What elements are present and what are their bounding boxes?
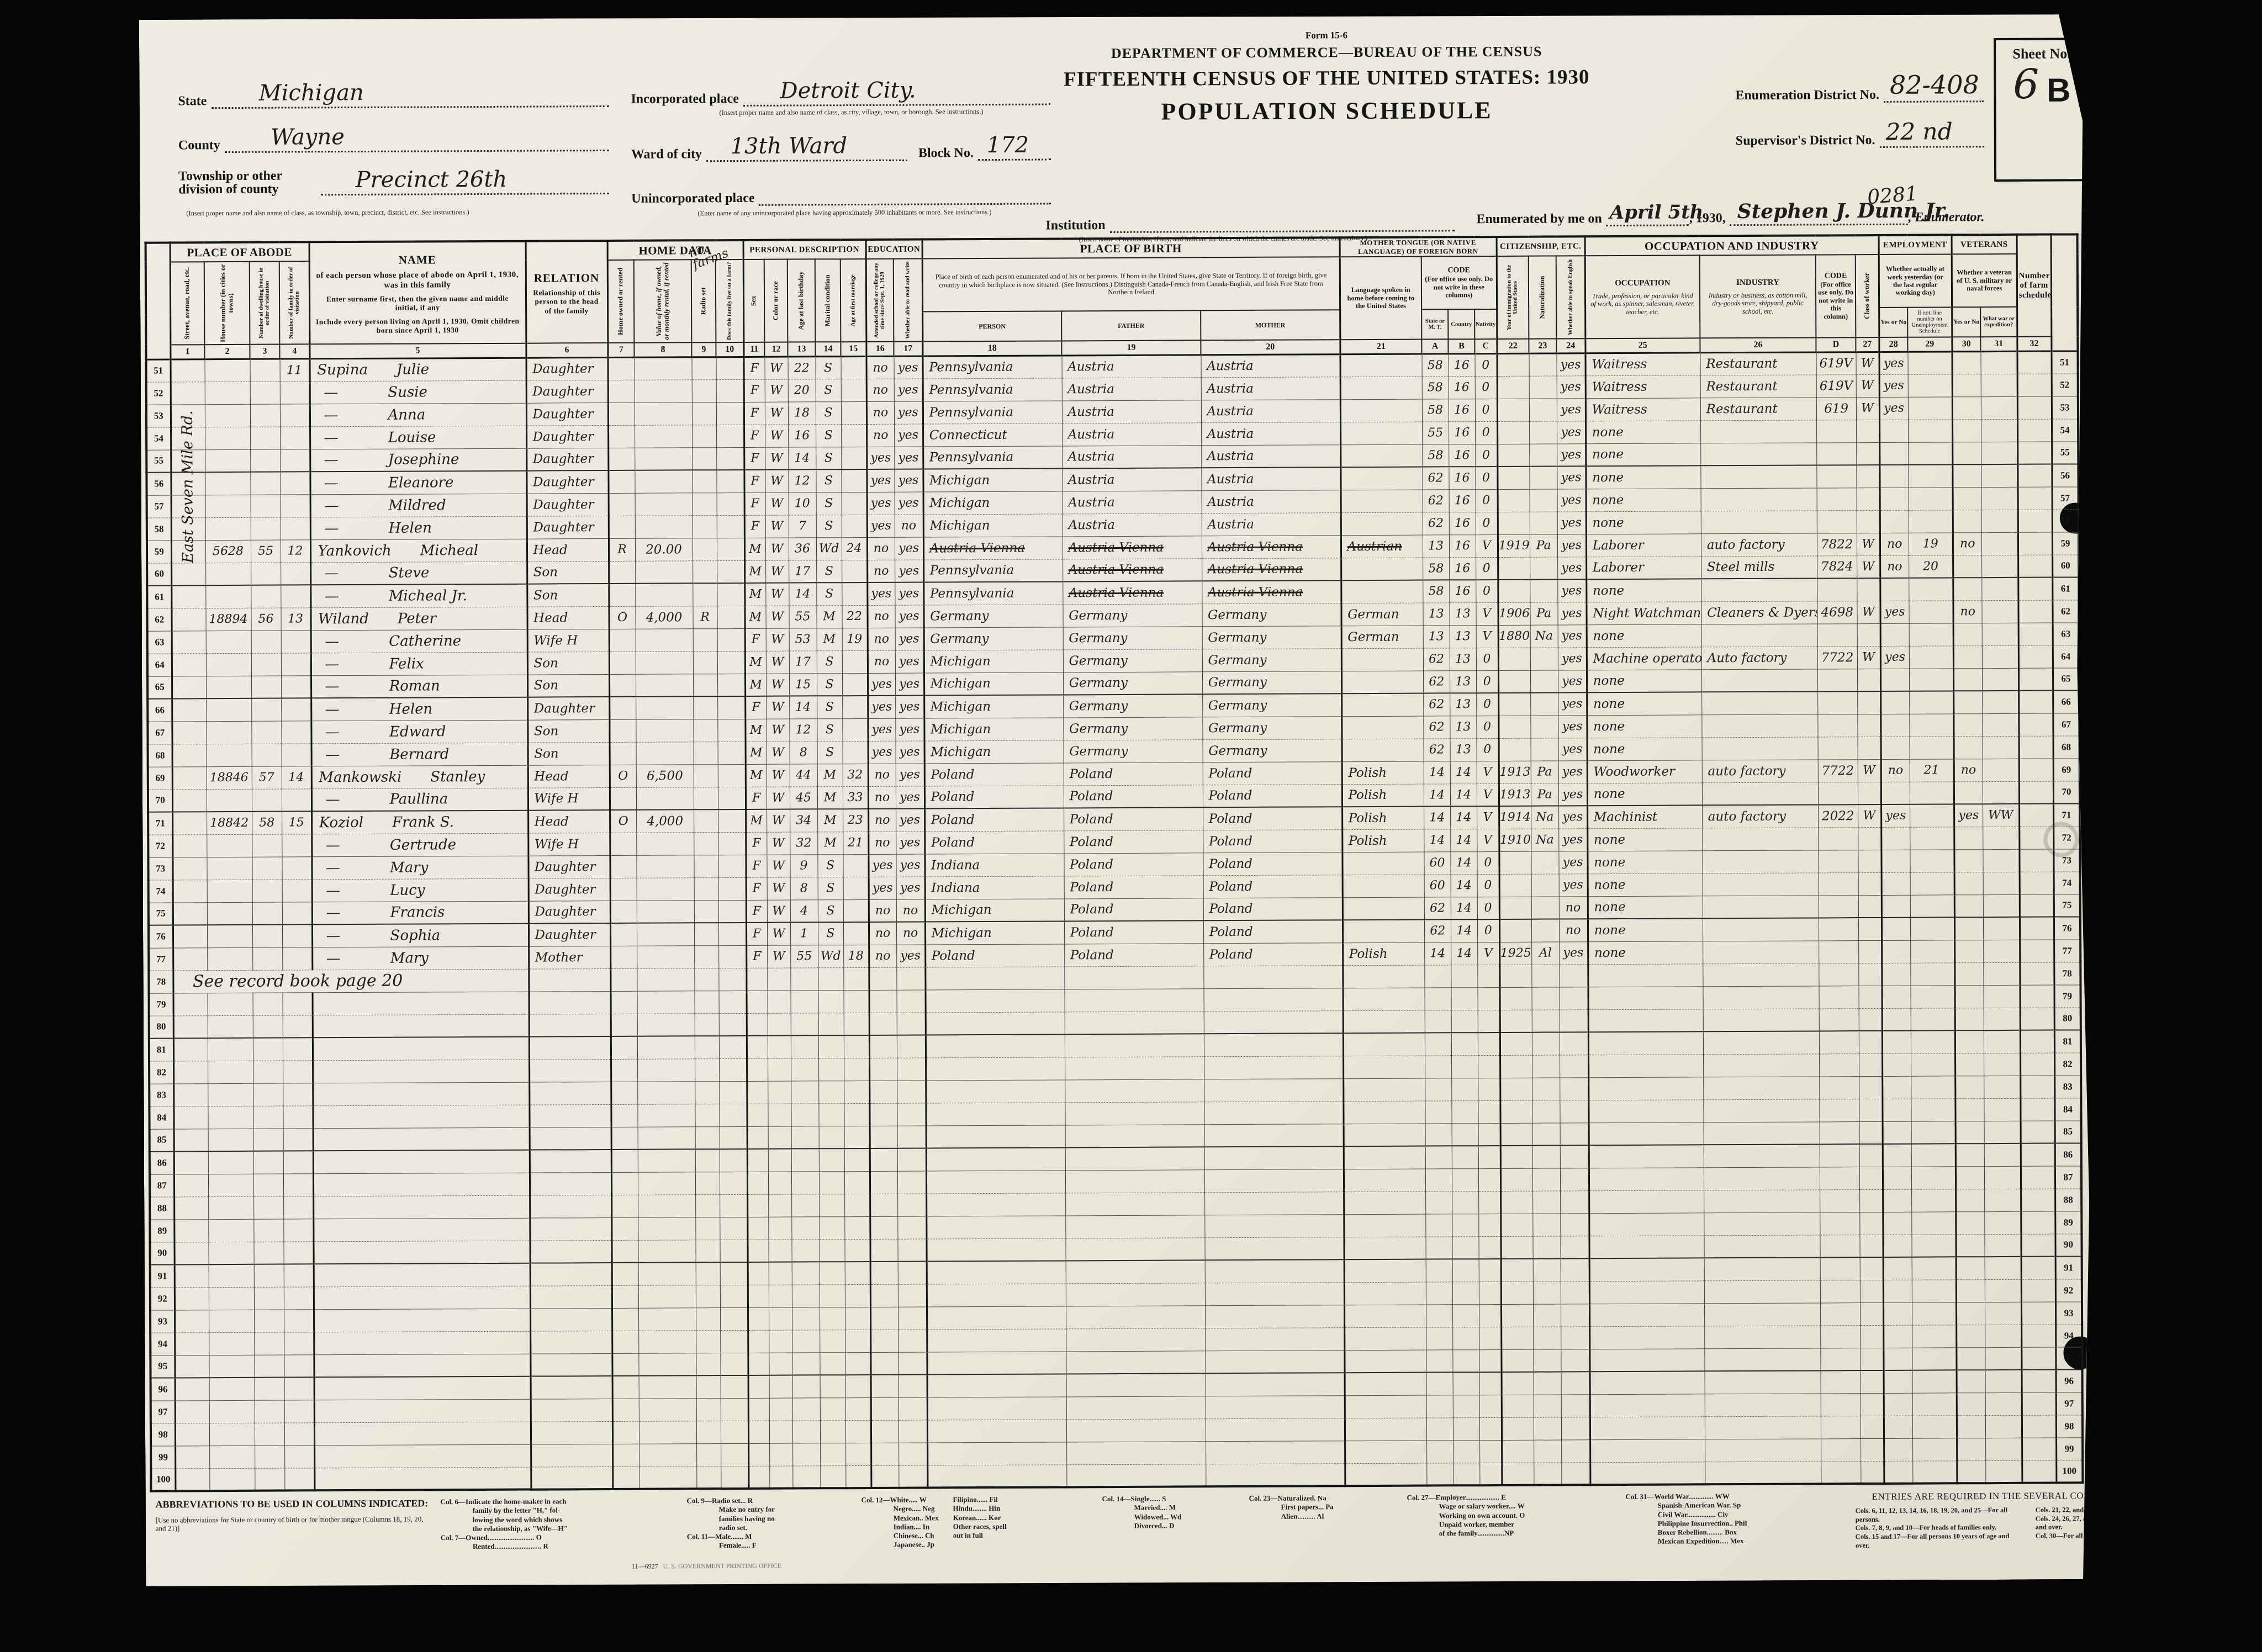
cell-nat: Pa [1531, 760, 1558, 783]
cell-pm [1204, 1214, 1344, 1237]
cell-pm: Germany [1202, 603, 1341, 626]
row-number-right: 75 [2054, 894, 2080, 917]
cell-e28 [1879, 420, 1908, 442]
cell-imm [1500, 1146, 1532, 1168]
cell-age [792, 1375, 820, 1397]
cell-cb [1453, 1417, 1479, 1440]
cell-f32 [2020, 849, 2054, 872]
cell-name [314, 1309, 530, 1332]
cell-lang [1343, 875, 1424, 898]
cell-farm [716, 447, 744, 470]
cell-farm [718, 855, 746, 877]
cell-occ [1588, 963, 1703, 987]
cell-sex: M [746, 764, 767, 787]
cell-occ [1589, 1348, 1704, 1372]
cell-pf: Austria [1062, 354, 1201, 378]
row-number-right: 88 [2055, 1188, 2081, 1211]
cell-val [637, 1081, 695, 1104]
cell-farm [720, 1353, 748, 1375]
cell-e28 [1882, 895, 1910, 918]
column-number: 25 [1585, 338, 1700, 353]
cell-own [608, 425, 635, 448]
cell-pb: Poland [924, 785, 1064, 808]
cell-val [635, 515, 693, 538]
cell-val [638, 1126, 695, 1149]
cell-ca: 58 [1422, 399, 1449, 421]
cell-sex [748, 1466, 769, 1489]
cell-rw: yes [896, 877, 925, 899]
footer-line: Chinese... Ch [862, 1531, 939, 1540]
cell-race: W [765, 470, 788, 493]
cell-occ [1589, 1190, 1704, 1213]
cell-occ [1590, 1394, 1705, 1417]
cell-val [635, 583, 693, 606]
cell-farm [717, 606, 744, 628]
cell-ind [1705, 1461, 1821, 1484]
footer-line: the relationship, as "Wife—H" [441, 1523, 678, 1533]
cell-mar: M [817, 832, 843, 854]
cell-eng: yes [1557, 579, 1586, 602]
cell-ca [1426, 1282, 1452, 1304]
group-occupation-industry: OCCUPATION AND INDUSTRY [1585, 235, 1879, 256]
cell-sch: yes [866, 469, 894, 492]
cell-agem [845, 1443, 871, 1465]
cell-radio [696, 1330, 720, 1353]
cell-name: —Eleanore [310, 471, 526, 495]
cell-eng [1560, 1168, 1589, 1190]
entries-line: Cols. 24, 26, 27, and 28—For all persons… [2036, 1514, 2201, 1532]
cell-cc [1478, 1123, 1500, 1146]
cell-cls [1860, 1257, 1883, 1280]
unincorporated-label: Unincorporated place [631, 191, 754, 206]
cell-rw: yes [896, 832, 924, 854]
cell-sch: yes [868, 718, 895, 741]
cell-pm [1204, 1169, 1344, 1192]
cell-own [610, 878, 637, 901]
cell-imm [1502, 1395, 1534, 1417]
cell-street [173, 880, 207, 902]
ward-value: 13th Ward [730, 133, 847, 159]
cell-name [313, 1218, 530, 1242]
cell-cc: 0 [1475, 467, 1497, 489]
row-number-left: 81 [149, 1038, 173, 1061]
cell-house [208, 1083, 253, 1106]
cell-farm [717, 674, 745, 696]
col-sex: Sex [743, 260, 765, 342]
cell-cc [1478, 1078, 1500, 1100]
cell-occ: none [1587, 782, 1702, 806]
cell-ca: 62 [1422, 467, 1449, 489]
cell-ind [1703, 1031, 1819, 1054]
cell-e28 [1883, 1144, 1911, 1167]
institution-line [1109, 213, 1454, 233]
cell-ca [1426, 1417, 1453, 1440]
cell-mar: S [816, 492, 842, 515]
cell-pm [1204, 1192, 1344, 1215]
cell-pb: Michigan [925, 898, 1064, 922]
cell-e29 [1910, 804, 1954, 827]
cell-cb: 14 [1451, 897, 1477, 919]
cell-street [172, 812, 207, 834]
entries-col-a: Cols. 6, 11, 12, 13, 14, 16, 18, 19, 20,… [1856, 1506, 2021, 1550]
cell-rel [529, 1014, 611, 1037]
cell-pb: Indiana [924, 853, 1064, 876]
cell-mar: S [817, 696, 842, 718]
cell-radio [694, 787, 718, 809]
cell-eng [1560, 1009, 1588, 1032]
cell-farm [719, 991, 747, 1013]
cell-cb [1451, 1078, 1478, 1100]
cell-house [209, 1400, 255, 1423]
cell-farm [719, 1081, 747, 1104]
cell-e28: yes [1880, 601, 1909, 623]
cell-race [768, 1081, 791, 1104]
cell-pm: Poland [1203, 897, 1343, 920]
cell-pf [1065, 1079, 1204, 1102]
cell-street [171, 608, 205, 631]
cell-rel [530, 1240, 611, 1263]
cell-v30 [1954, 917, 1983, 940]
cell-age [792, 1465, 820, 1488]
cell-f32 [2017, 442, 2052, 464]
col-immigration-year: Year of immigration to the United States [1497, 256, 1529, 339]
cell-nat: Na [1531, 828, 1558, 851]
cell-ca [1425, 1214, 1452, 1236]
cell-e29 [1912, 1415, 1957, 1438]
cell-pm [1203, 965, 1343, 988]
column-number: 20 [1201, 340, 1340, 354]
cell-lang [1341, 580, 1423, 603]
cell-fam [284, 1286, 314, 1309]
cell-e29 [1911, 1121, 1956, 1143]
state-label: State [178, 94, 207, 109]
immigration-label: Year of immigration to the United States [1507, 258, 1519, 337]
col-language: Language spoken in home before coming to… [1340, 257, 1422, 340]
population-schedule-table: PLACE OF ABODE NAME of each person whose… [145, 233, 2084, 1492]
footer-line: Indian.... In [862, 1522, 939, 1532]
cell-cls: W [1858, 804, 1881, 827]
cell-eng: yes [1557, 398, 1585, 421]
col-age: Age at last birthday [788, 259, 816, 342]
cell-race [768, 1217, 791, 1240]
cell-f32 [2020, 894, 2054, 917]
cell-eng: no [1559, 896, 1588, 919]
cell-farm [721, 1443, 748, 1466]
cell-pb [927, 1283, 1066, 1306]
cell-pb [927, 1464, 1066, 1487]
cell-eng [1561, 1417, 1590, 1439]
cell-ind: Restaurant [1700, 352, 1816, 375]
footer-line: First papers... Pa [1249, 1502, 1398, 1512]
footer-line: Filipino...... Fil [953, 1495, 1006, 1505]
cell-ca [1426, 1440, 1453, 1463]
cell-cc [1479, 1259, 1501, 1282]
cell-own [610, 787, 636, 810]
cell-farm [716, 425, 744, 447]
cell-e28 [1882, 940, 1910, 963]
cell-race: W [765, 425, 788, 447]
cell-pf: Austria [1062, 422, 1201, 446]
cell-f32 [2021, 1098, 2055, 1121]
cell-ind [1703, 1053, 1819, 1077]
cell-cls [1861, 1416, 1884, 1438]
cell-mar [820, 1239, 845, 1262]
cell-age: 45 [790, 786, 817, 809]
cell-cls [1859, 1189, 1883, 1212]
row-number-left: 66 [147, 698, 172, 721]
cell-agem [842, 718, 868, 741]
cell-name: —Louise [310, 426, 526, 449]
cell-pm: Germany [1202, 716, 1341, 739]
cell-occ [1589, 1099, 1704, 1122]
cell-cb: 16 [1449, 557, 1476, 580]
cell-mar [818, 1103, 844, 1126]
cell-fam [283, 992, 313, 1015]
cell-cb: 14 [1450, 829, 1477, 851]
cell-age: 12 [788, 469, 816, 492]
cell-cd [1819, 940, 1858, 963]
abbrev-title: ABBREVIATIONS TO BE USED IN COLUMNS INDI… [156, 1497, 432, 1510]
cell-radio [695, 1126, 720, 1149]
cell-race: W [765, 402, 788, 425]
cell-e29: 20 [1909, 555, 1953, 578]
cell-e29 [1909, 487, 1953, 510]
row-number-left: 57 [147, 495, 171, 517]
cell-val [636, 832, 694, 855]
row-number-right: 62 [2053, 600, 2079, 622]
cell-cd [1820, 1280, 1860, 1302]
cell-pf: Austria Vienna [1063, 536, 1202, 559]
cell-sex: F [746, 923, 767, 945]
row-number-left: 97 [151, 1400, 175, 1423]
cell-ca: 62 [1423, 716, 1450, 738]
cell-e28: no [1880, 533, 1909, 555]
cell-agem [844, 1171, 870, 1194]
cell-radio [692, 470, 716, 493]
cell-cb: 16 [1449, 467, 1475, 489]
cell-street [175, 1445, 209, 1468]
cell-cls [1857, 465, 1880, 488]
cell-age: 12 [789, 718, 817, 741]
cell-ind [1701, 578, 1817, 601]
family-label: Number of family in order of visitation [288, 263, 300, 342]
cell-street [174, 1174, 208, 1196]
street-name: East Seven Mile Rd. [178, 410, 196, 563]
cell-pm [1204, 1078, 1343, 1102]
cell-radio [696, 1466, 721, 1489]
column-number: 2 [204, 345, 250, 359]
cell-cb [1452, 1168, 1478, 1191]
cell-ca [1425, 1032, 1451, 1055]
cell-cd [1817, 578, 1857, 601]
cell-own [611, 1240, 638, 1263]
cell-e28 [1881, 737, 1910, 759]
cell-name: —Gertrude [311, 833, 528, 857]
cell-lang [1344, 1350, 1426, 1373]
cell-sex [748, 1307, 769, 1330]
cell-cb: 13 [1450, 716, 1476, 738]
cell-nat [1531, 919, 1559, 941]
cell-fam [284, 1264, 314, 1286]
row-number-right: 100 [2056, 1460, 2083, 1482]
col-class-of-worker: Class of worker [1856, 255, 1879, 337]
cell-agem [845, 1307, 870, 1330]
cell-nat [1531, 873, 1559, 896]
cell-nat [1531, 738, 1558, 760]
cell-ca: 13 [1423, 602, 1450, 625]
cell-name: —Helen [310, 516, 527, 540]
cell-eng [1560, 1055, 1588, 1077]
cell-fam [282, 947, 312, 970]
cell-e28 [1883, 1235, 1912, 1257]
cell-cc: 0 [1475, 376, 1497, 399]
cell-cd [1820, 1144, 1859, 1167]
cell-v30 [1955, 985, 1984, 1008]
cell-rel [530, 1172, 611, 1195]
row-number-right: 54 [2052, 419, 2078, 441]
cell-fam [283, 1015, 313, 1037]
row-number-left: 77 [149, 947, 173, 970]
cell-street [173, 1106, 208, 1129]
cell-fam [280, 449, 310, 472]
cell-f32 [2021, 1302, 2055, 1325]
cell-radio [695, 1013, 719, 1036]
cell-lang [1345, 1395, 1426, 1418]
cell-agem: 21 [843, 832, 868, 854]
cell-e28 [1883, 1189, 1911, 1212]
cell-v30 [1954, 781, 1983, 804]
cell-f32 [2018, 487, 2052, 510]
cell-cb: 16 [1449, 580, 1476, 602]
cell-rel [530, 1353, 612, 1376]
cell-own [610, 833, 636, 855]
code-title: CODE [1423, 266, 1495, 276]
cell-cb [1453, 1372, 1479, 1395]
cell-fam [282, 743, 311, 766]
row-number-right: 60 [2052, 554, 2079, 577]
cell-occ: none [1587, 828, 1702, 851]
cell-mar: M [817, 786, 843, 809]
cell-val [636, 787, 694, 809]
enumerated-label: Enumerated by me on [1476, 211, 1602, 227]
cell-v31 [1981, 487, 2018, 510]
row-number-left: 79 [149, 993, 173, 1015]
cell-sch: no [869, 899, 896, 922]
cell-sch: no [869, 945, 896, 967]
cell-radio [694, 968, 718, 991]
cell-cb: 14 [1451, 942, 1477, 965]
row-number-right: 79 [2054, 984, 2081, 1007]
ward-label: Ward of city [631, 147, 702, 162]
cell-pm: Poland [1203, 852, 1342, 875]
cell-name [314, 1354, 530, 1378]
row-number-left: 91 [150, 1264, 175, 1287]
cell-e28: yes [1879, 374, 1908, 397]
row-number-left: 68 [148, 744, 172, 766]
cell-cd [1819, 918, 1858, 940]
cell-radio [692, 402, 716, 425]
cell-val [639, 1421, 696, 1443]
column-number: 17 [894, 342, 922, 356]
cell-cc: 0 [1476, 670, 1498, 693]
cell-sex [747, 1194, 768, 1217]
cell-rw: yes [896, 809, 924, 832]
cell-mar: Wd [818, 945, 843, 967]
cell-agem: 24 [842, 537, 867, 560]
cell-cc: 0 [1476, 489, 1498, 512]
cell-imm [1500, 1100, 1532, 1123]
cell-nat [1532, 1100, 1560, 1122]
dwelling-label: Number of dwelling house in order of vis… [258, 264, 271, 342]
cell-pb [926, 1125, 1065, 1148]
cell-street [173, 993, 208, 1015]
cell-val [639, 1466, 696, 1489]
cell-occ: none [1586, 511, 1701, 534]
row-number-right: 69 [2053, 758, 2080, 781]
cell-f32 [2017, 351, 2052, 374]
cell-f32 [2018, 600, 2053, 623]
cell-occ: Laborer [1586, 533, 1701, 557]
cell-pm: Austria [1201, 354, 1340, 377]
cell-e28: no [1881, 759, 1910, 782]
row-number-right: 71 [2053, 803, 2080, 826]
cell-name [314, 1422, 531, 1445]
cell-farm [720, 1285, 748, 1307]
cell-radio [696, 1353, 720, 1375]
sheet-number: 6 [2013, 61, 2039, 108]
cell-eng [1561, 1236, 1589, 1258]
cell-rw [897, 1171, 926, 1193]
cell-e28 [1883, 1302, 1912, 1325]
cell-dwell [253, 1083, 283, 1106]
cell-cb [1452, 1214, 1478, 1236]
cell-rel: Head [528, 765, 610, 788]
cell-agem [842, 583, 867, 605]
cell-cls [1861, 1461, 1884, 1484]
cell-e29: 19 [1909, 532, 1953, 555]
cell-cc: 0 [1475, 399, 1497, 421]
cell-val [637, 991, 695, 1013]
row-number-left: 86 [150, 1151, 174, 1174]
cell-val [637, 877, 694, 900]
cell-agem: 19 [842, 628, 868, 650]
cell-ca [1425, 1168, 1452, 1191]
footer-line: Female..... F [687, 1540, 853, 1550]
cell-cls [1857, 578, 1880, 601]
cell-dwell [251, 698, 281, 721]
column-number: A [1421, 339, 1448, 353]
group-education: EDUCATION [866, 240, 922, 259]
cell-ind [1704, 1121, 1820, 1145]
cell-cls [1861, 1370, 1884, 1393]
footer-col14: Col. 14—Single...... SMarried.... MWidow… [1102, 1494, 1240, 1553]
cell-ca: 62 [1423, 489, 1449, 512]
cell-pm: Poland [1203, 807, 1342, 830]
cell-pf [1066, 1418, 1206, 1442]
cell-radio [694, 923, 718, 945]
cell-occ: none [1585, 420, 1700, 443]
cell-age [791, 1171, 819, 1194]
cell-house [208, 1038, 253, 1061]
cell-name [313, 1195, 530, 1219]
cell-pm: Austria [1202, 512, 1341, 536]
cell-pm: Poland [1203, 761, 1342, 785]
institution-label: Institution [1045, 218, 1105, 233]
cell-sch [870, 1216, 897, 1239]
column-number: 8 [634, 342, 691, 357]
row-number-right: 73 [2054, 849, 2080, 871]
cell-rw: yes [895, 696, 924, 718]
